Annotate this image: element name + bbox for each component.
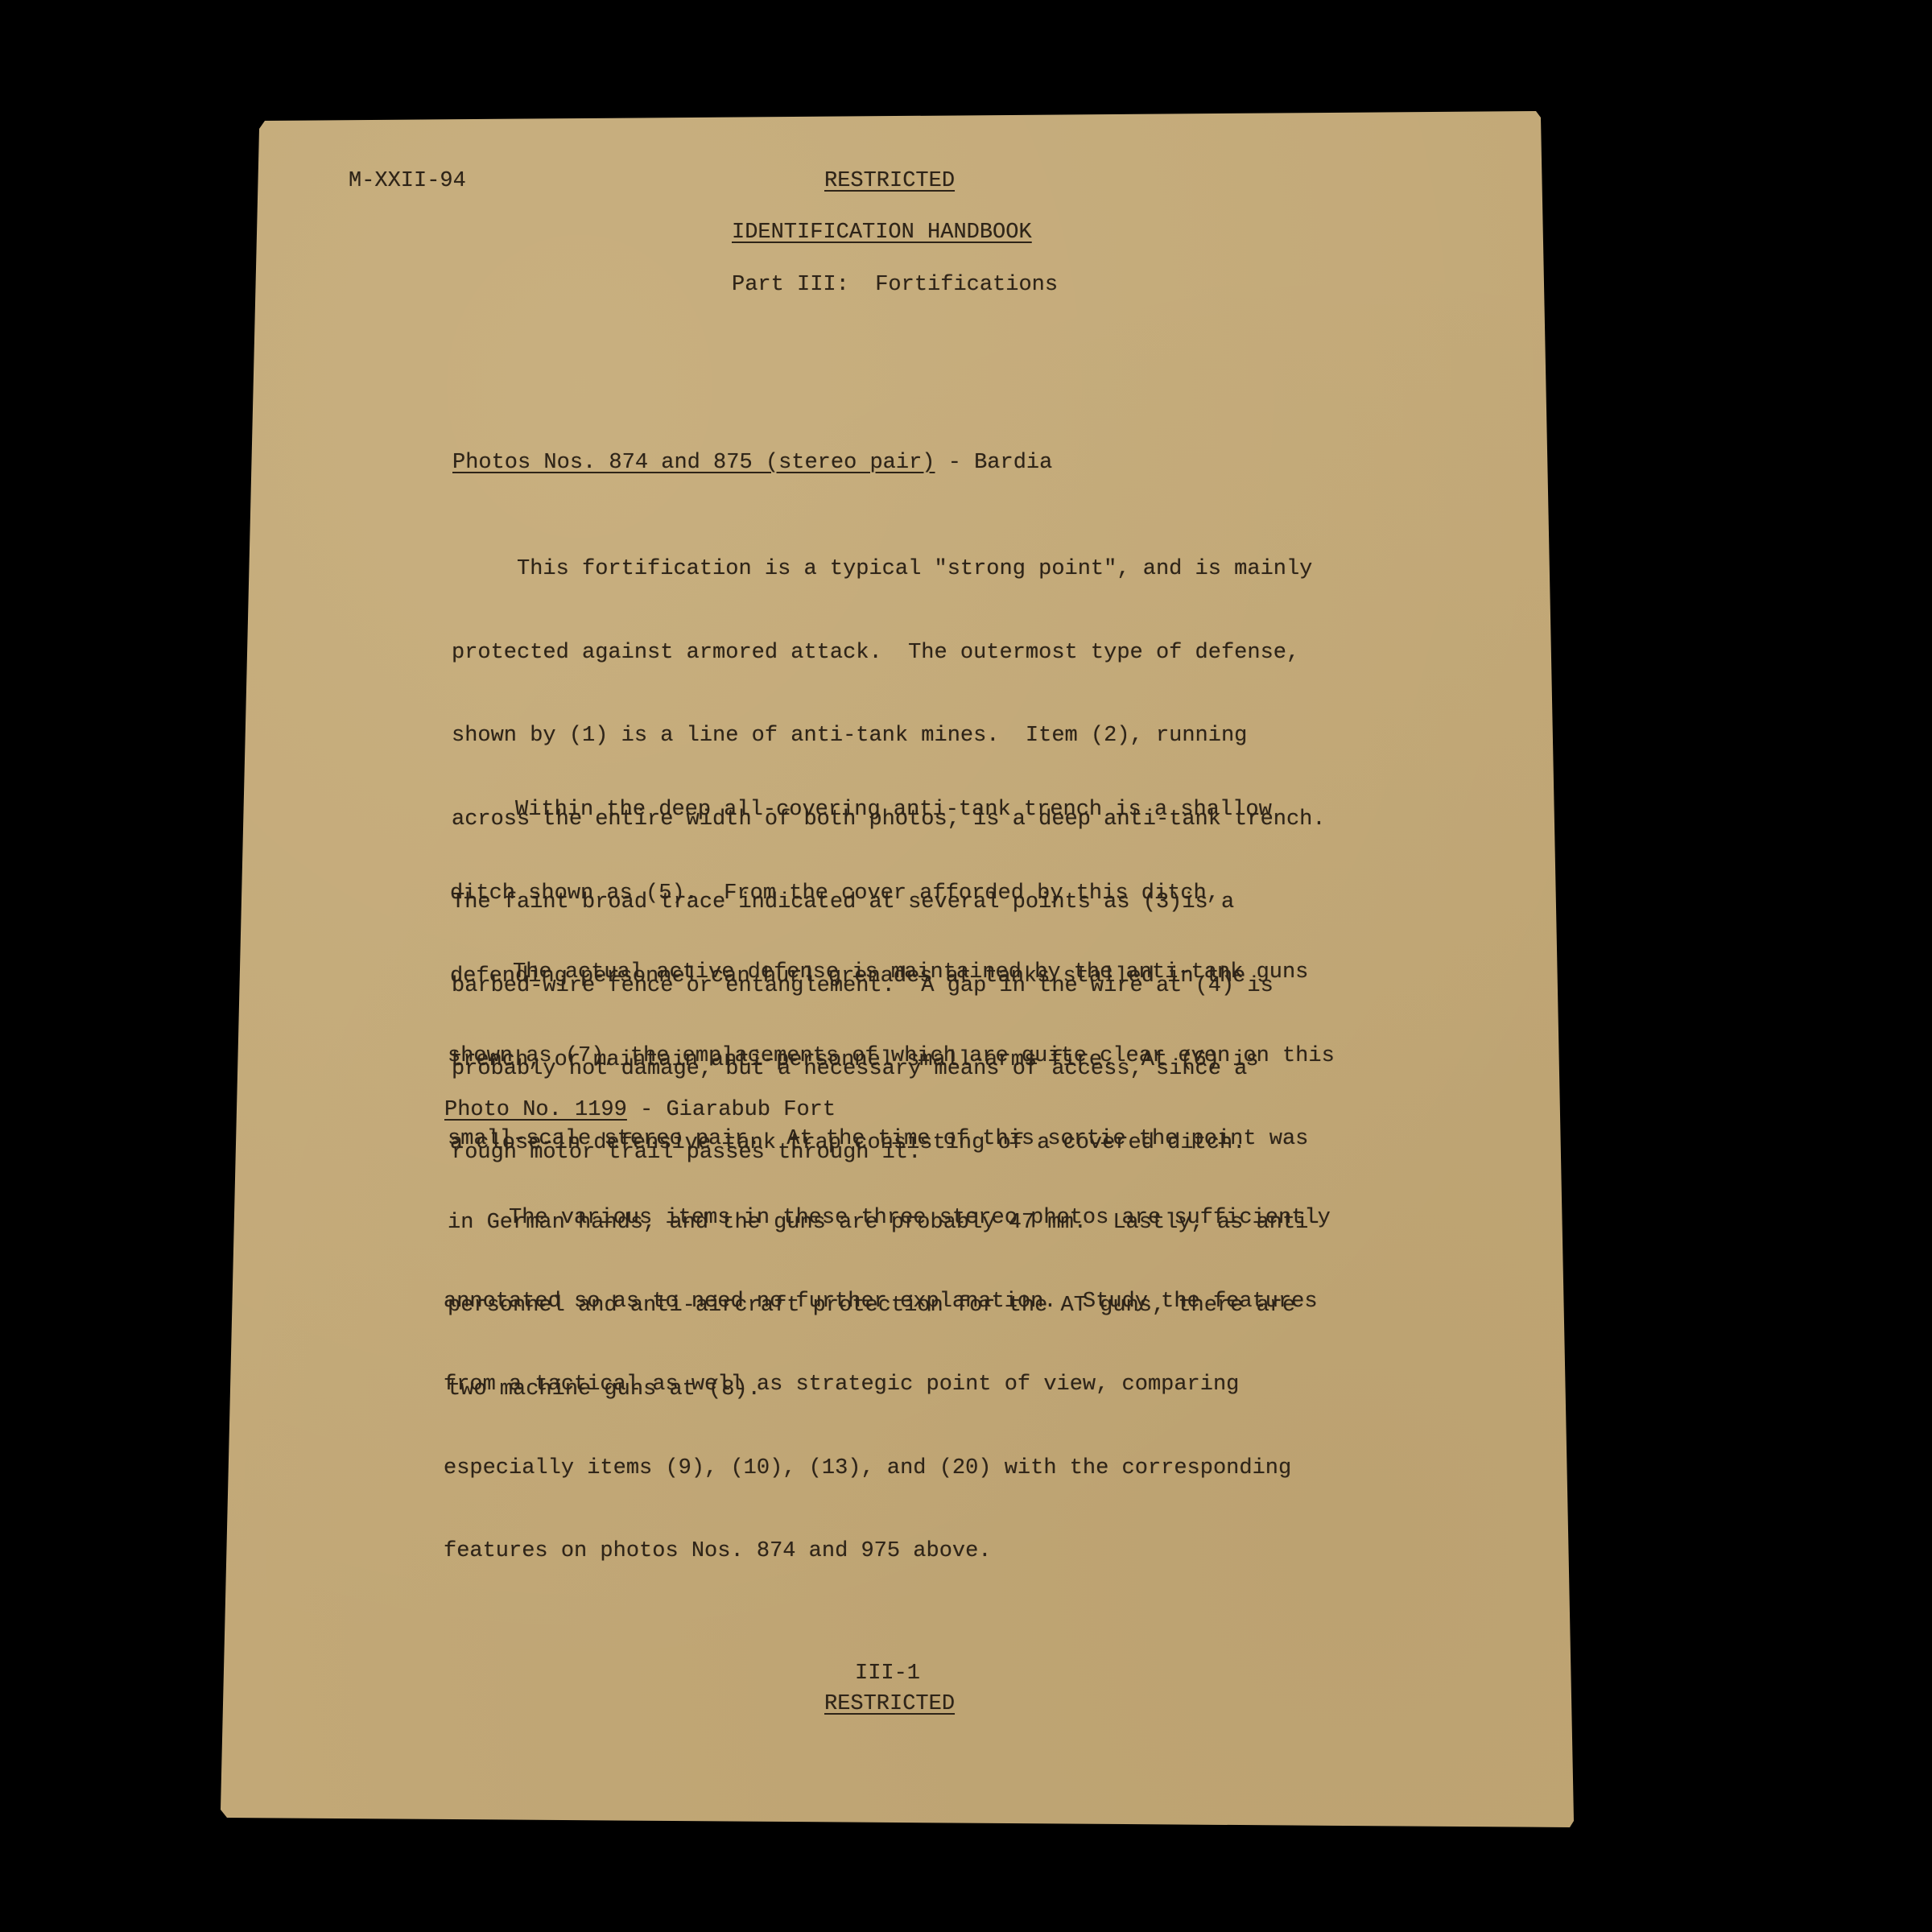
text-line: from a tactical as well as strategic poi…: [444, 1371, 1331, 1399]
section-heading-location: - Giarabub Fort: [627, 1098, 836, 1122]
section-heading-photo-ref: Photos Nos. 874 and 875 (stereo pair): [452, 451, 935, 475]
text-line: protected against armored attack. The ou…: [452, 639, 1326, 667]
text-line: The actual active defense is maintained …: [448, 959, 1335, 987]
text-line: features on photos Nos. 874 and 975 abov…: [444, 1538, 1331, 1566]
document-reference-code: M-XXII-94: [349, 167, 466, 195]
section-heading-bardia: Photos Nos. 874 and 875 (stereo pair) - …: [452, 449, 1052, 477]
classification-marking-top: RESTRICTED: [824, 167, 955, 195]
text-line: The various items in these three stereo …: [444, 1204, 1331, 1232]
section-heading-photo-ref: Photo No. 1199: [444, 1098, 627, 1122]
section-heading-giarabub: Photo No. 1199 - Giarabub Fort: [444, 1096, 836, 1124]
text-line: This fortification is a typical "strong …: [452, 555, 1326, 584]
part-title: Part III: Fortifications: [732, 271, 1058, 299]
paragraph-giarabub-1: The various items in these three stereo …: [444, 1149, 1331, 1593]
classification-marking-bottom: RESTRICTED: [824, 1690, 955, 1718]
section-heading-location: - Bardia: [935, 451, 1053, 475]
text-line: annotated so as to need no further expla…: [444, 1288, 1331, 1316]
text-line: shown as (7), the emplacements of which …: [448, 1042, 1335, 1071]
text-line: especially items (9), (10), (13), and (2…: [444, 1455, 1331, 1483]
page-number: III-1: [855, 1660, 920, 1687]
text-line: Within the deep all-covering anti-tank t…: [450, 796, 1272, 824]
document-title: IDENTIFICATION HANDBOOK: [732, 219, 1032, 246]
